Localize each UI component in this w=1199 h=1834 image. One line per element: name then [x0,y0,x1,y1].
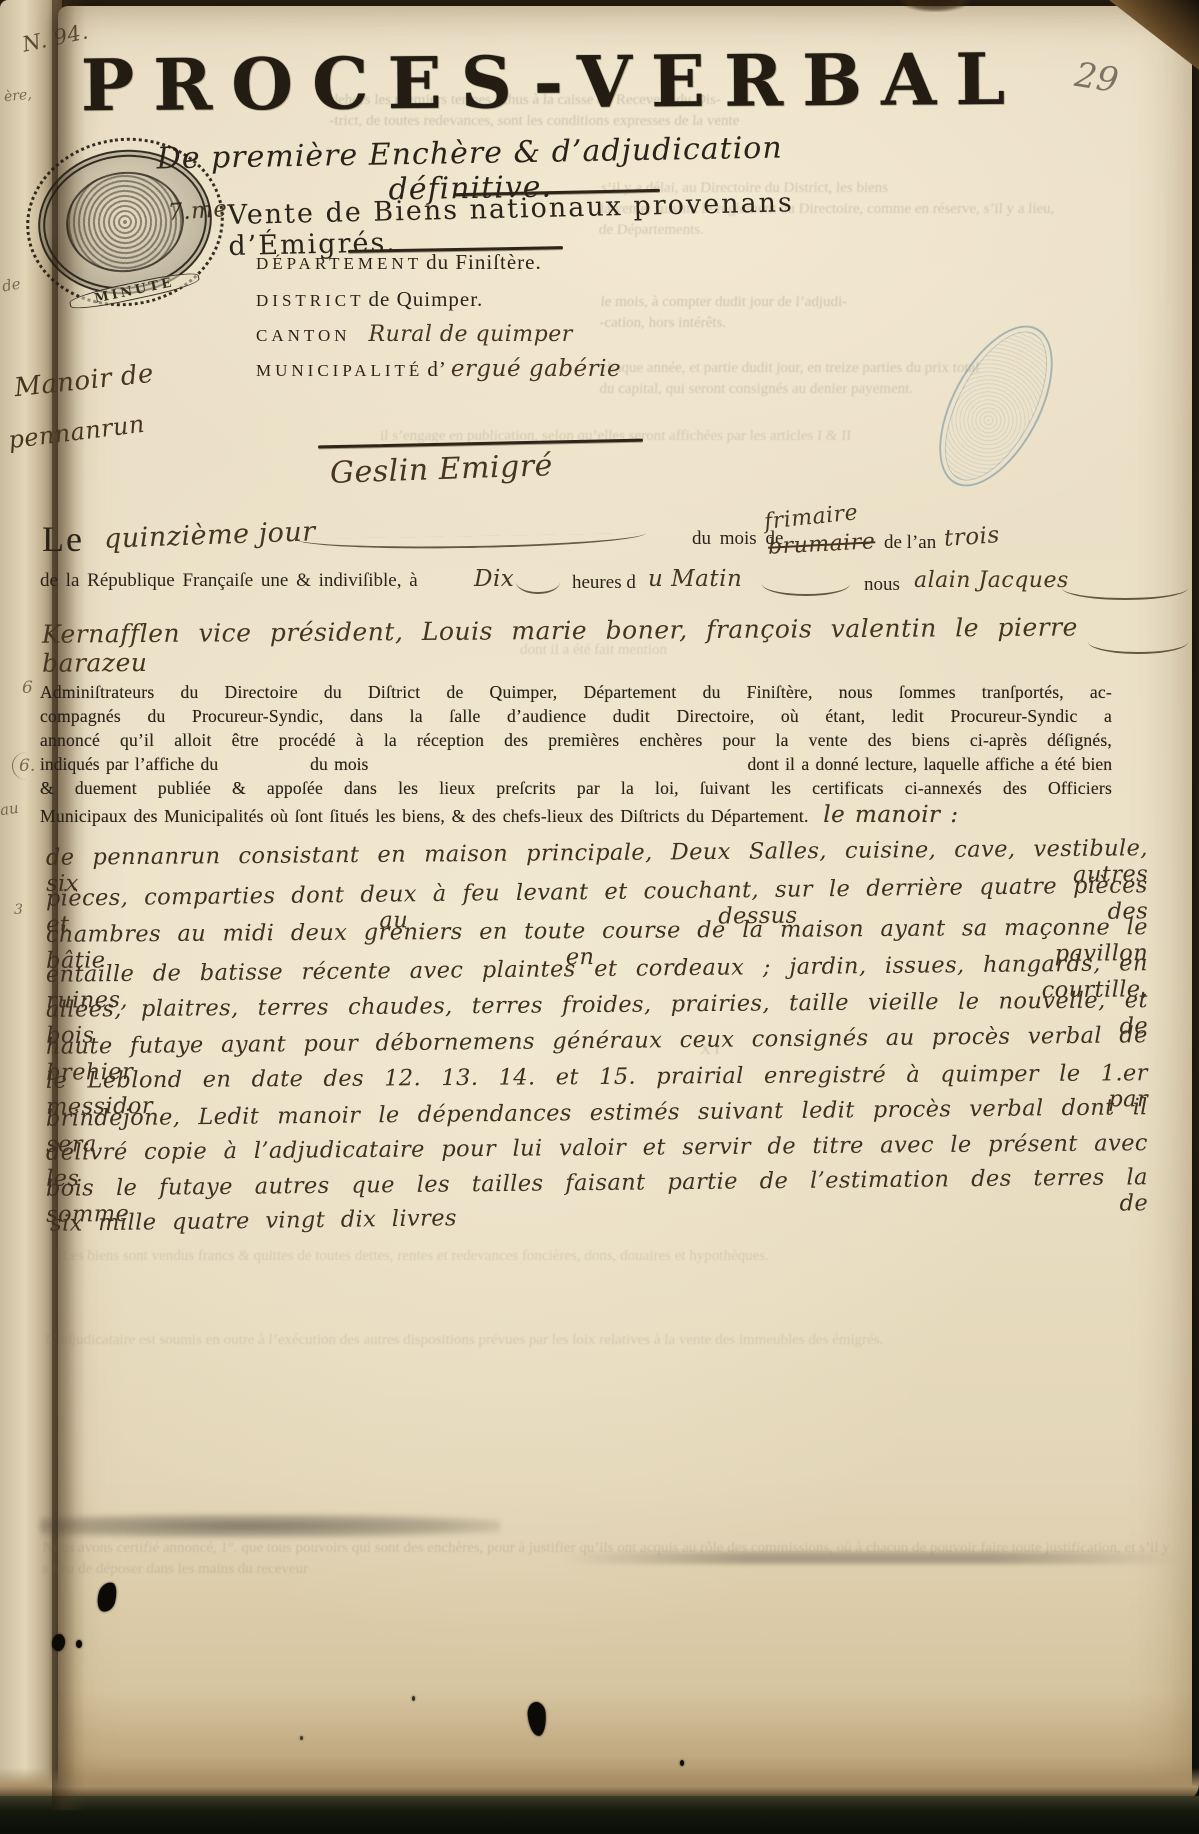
ink-blot [76,1640,82,1648]
page-content: dehors les premiers termes échus à la ca… [0,0,1199,1834]
year-handwritten: trois [943,522,1000,552]
blank-field-month [368,754,747,775]
ink-smudge [40,1514,500,1538]
line2-printed-a: de la République Françaiſe une & indiviſ… [40,570,418,592]
handwritten-flourish [762,584,850,596]
prev-page-scribble: 3 [14,902,23,918]
prev-page-scribble: 6. [12,752,41,780]
district-row: District de Quimper. [256,287,483,312]
body-line: & duement publiée & appoſée dans les lie… [40,778,1112,799]
district-label: District [256,291,365,310]
departement-row: Département du Finiſtère. [256,250,542,275]
document-title: PROCES-VERBAL [60,37,1046,128]
canton-value-handwritten: Rural de quimper [369,322,573,347]
departement-value: du Finiſtère. [426,250,542,274]
margin-manoir-line1: Manoir de [13,359,155,403]
handwritten-flourish [1088,642,1188,654]
district-value: de Quimper. [369,287,484,311]
body-line4-b: du mois [310,754,368,775]
manuscript-line: six mille quatre vingt dix livres [50,1205,457,1237]
municipalite-value-handwritten: ergué gabérie [451,356,621,382]
bleedthrough-text: Les biens sont vendus francs & quittes d… [61,1246,1142,1267]
ink-blot [52,1634,65,1651]
ink-blot [95,1580,120,1613]
ink-speck [300,1736,303,1740]
ink-speck [412,1696,415,1701]
opening-le: Le [42,518,84,560]
prev-page-scribble: 6 [22,678,33,698]
ink-smudge [560,1552,1180,1564]
ink-speck [680,1760,684,1766]
body-line4-a: indiqués par l’affiche du [40,754,218,775]
line2-handwritten-c: alain Jacques [914,568,1069,593]
body-line: annoncé qu’il alloit être procédé à la r… [40,730,1112,751]
handwritten-flourish [516,582,560,594]
ink-blot [527,1701,547,1736]
prev-page-scribble: de [1,275,22,296]
bleedthrough-text: le mois, à compter dudit jour de l’adjud… [599,292,1161,334]
year-label: de l’an [884,532,936,554]
administrators-handwritten: Kernafflen vice président, Louis marie b… [42,612,1102,677]
blue-archive-stamp [916,308,1076,505]
blank-field-day [218,754,310,775]
body-line: compagnés du Procureur-Syndic, dans la ſ… [40,706,1112,727]
line2-printed-b: heures d [572,572,636,594]
handwritten-flourish [296,533,646,551]
prev-page-scribble: au [0,799,20,819]
body-line4-c: dont il a donné lecture, laquelle affich… [747,754,1112,775]
line2-handwritten-b: u Matin [648,566,742,592]
bleedthrough-text: L’adjudicataire est soumis en outre à l’… [44,1330,1155,1351]
departement-label: Département [256,254,422,273]
body-inline-handwritten: le manoir : [823,802,958,828]
body-line: Adminiſtrateurs du Directoire du Diſtric… [40,682,1112,703]
body-line: Municipaux des Municipalités où ſont ſit… [40,802,959,828]
line2-printed-c: nous [864,574,900,596]
margin-manoir-line2: pennanrun [7,410,147,455]
month-handwritten-struck: brumaire [767,529,875,560]
book-scan: dehors les premiers termes échus à la ca… [0,0,1199,1834]
folio-number: 29 [1072,55,1121,101]
bleedthrough-text: chaque année, et partie dudit jour, en t… [599,358,1191,400]
minute-seal: MINUTE [17,127,234,318]
emigre-note-handwritten: Geslin Emigré [329,448,553,491]
municipalite-label: Municipalité [256,361,423,380]
canton-label: Canton [256,326,351,345]
handwritten-flourish [1062,588,1188,600]
day-handwritten: quinzième jour [104,516,317,554]
canton-row: Canton Rural de quimper [256,322,573,347]
month-handwritten-correction: frimaire [763,500,859,535]
prev-page-scribble: ère, [3,87,32,106]
municipalite-row: Municipalité d’ ergué gabérie [256,356,621,382]
body-line-with-blanks: indiqués par l’affiche du du mois dont i… [40,754,1112,775]
municipalite-prefix: d’ [427,357,447,381]
hour-handwritten: Dix [474,566,514,592]
body-line6-printed: Municipaux des Municipalités où ſont ſit… [40,806,809,826]
